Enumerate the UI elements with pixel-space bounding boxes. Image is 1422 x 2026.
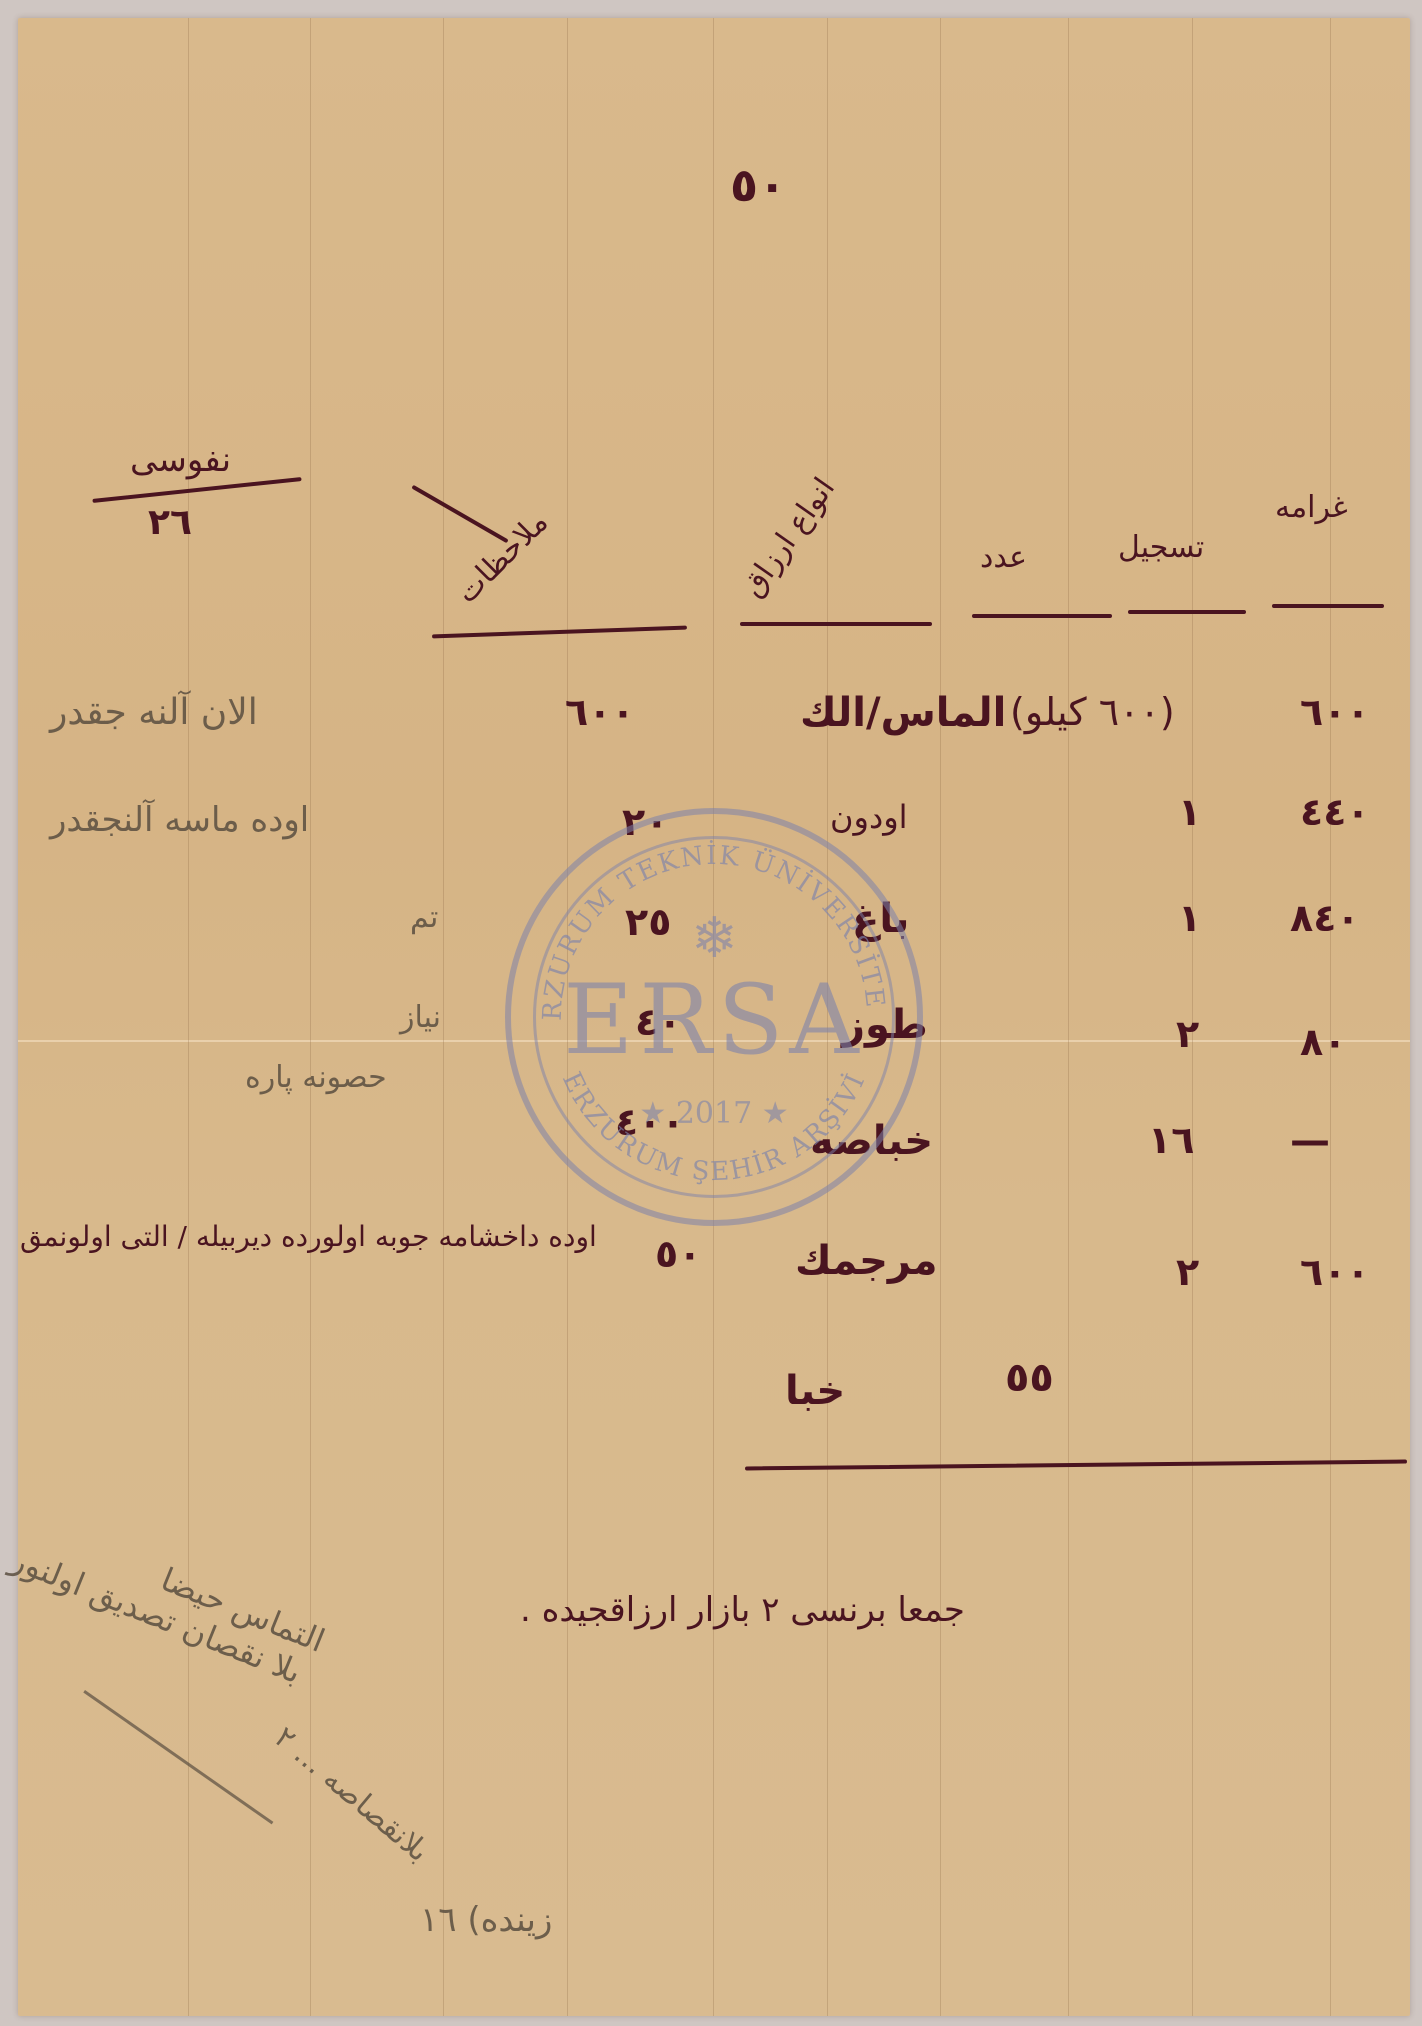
- row-item: مرجمك: [795, 1238, 938, 1284]
- row-note: تم: [410, 900, 438, 935]
- row-note: اوده داخشامه جوبه اولورده دیربیله / التی…: [20, 1220, 597, 1253]
- row-registration: ٢: [1176, 1012, 1199, 1056]
- stamp-main-text: ERSA: [511, 964, 917, 1076]
- row-registration: (٦٠٠ كیلو): [1010, 690, 1175, 734]
- ruled-line: [940, 18, 941, 2016]
- ruled-line: [1330, 18, 1331, 2016]
- stamp-year: ★ 2017 ★: [511, 1096, 917, 1131]
- row-registration: ١: [1178, 896, 1201, 940]
- column-header: غرامه: [1275, 490, 1348, 525]
- row-note: اوده ماسه آلنجقدر: [50, 800, 309, 840]
- row-quantity: ٥٥: [1005, 1355, 1054, 1401]
- row-item: خبا: [785, 1368, 845, 1414]
- ruled-line: [1068, 18, 1069, 2016]
- row-note: حصونه پاره: [245, 1060, 387, 1095]
- row-registration: ١: [1178, 790, 1201, 834]
- row-quantity: ٦٠٠: [565, 690, 635, 734]
- row-amount: ٤٤٠: [1300, 790, 1370, 834]
- population-label: نفوسی: [130, 440, 231, 480]
- header-underline: [1128, 610, 1246, 614]
- header-underline: [1272, 604, 1384, 608]
- header-underline: [740, 622, 932, 626]
- row-registration: ١٦: [1148, 1118, 1194, 1162]
- row-amount: ٨٠: [1300, 1020, 1346, 1064]
- row-amount: ٨٤٠: [1290, 896, 1360, 940]
- column-header: عدد: [980, 540, 1027, 575]
- row-quantity: ٥٠: [655, 1232, 701, 1276]
- archive-stamp: ERZURUM TEKNİK ÜNİVERSİTESİ ERZURUM ŞEHİ…: [505, 808, 923, 1226]
- ruled-line: [310, 18, 311, 2016]
- header-underline: [972, 614, 1112, 618]
- row-amount: ٦٠٠: [1300, 1250, 1370, 1294]
- snowflake-icon: ❄: [691, 906, 738, 971]
- ruled-line: [443, 18, 444, 2016]
- population-value: ٢٦: [148, 502, 192, 543]
- footer-summary: جمعا برنسی ٢ بازار ارزاقجیده .: [520, 1590, 965, 1630]
- pencil-note: زینده) ١٦: [420, 1900, 552, 1940]
- row-note: الان آلنه جقدر: [50, 692, 258, 733]
- row-registration: ٢: [1176, 1250, 1199, 1294]
- ruled-line: [188, 18, 189, 2016]
- row-note: نیاز: [400, 1000, 441, 1035]
- row-amount: ٦٠٠: [1300, 690, 1370, 734]
- row-amount: —: [1290, 1118, 1330, 1164]
- page-number: ٥٠: [730, 158, 786, 212]
- column-header: تسجیل: [1118, 530, 1204, 565]
- row-item: الماس/الك: [800, 690, 1006, 736]
